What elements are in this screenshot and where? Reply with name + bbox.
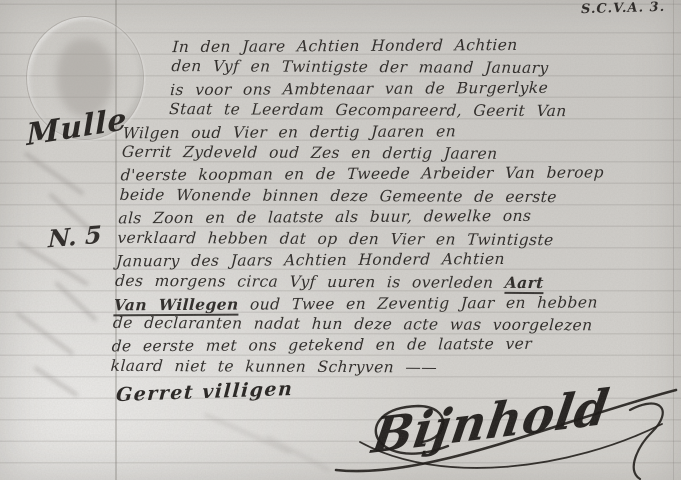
record-line: als Zoon en de laatste als buur, dewelke… [118, 206, 564, 230]
record-text: In den Jaare Achtien Honderd Achtien den… [110, 36, 573, 378]
reference-mark: S.C.V.A. 3. [581, 0, 666, 17]
official-signature: Bijnhold [330, 380, 681, 480]
record-line: klaard niet te kunnen Schryven —— [110, 356, 556, 380]
record-line: d'eerste koopman en de Tweede Arbeider V… [120, 163, 566, 187]
record-line: Gerrit Zydeveld oud Zes en dertig Jaaren [121, 142, 567, 166]
record-line: de eerste met ons getekend en de laatste… [111, 334, 557, 358]
record-line: January des Jaars Achtien Honderd Achtie… [116, 249, 562, 273]
record-line: beide Wonende binnen deze Gemeente de ee… [119, 185, 565, 209]
record-line: verklaard hebben dat op den Vier en Twin… [117, 227, 563, 251]
record-line: Staat te Leerdam Gecompareerd, Geerit Va… [123, 99, 569, 123]
record-line: des morgens circa Vyf uuren is overleden… [115, 270, 561, 294]
record-line: Van Willegen oud Twee en Zeventig Jaar e… [113, 291, 559, 315]
record-line: In den Jaare Achtien Honderd Achtien [127, 35, 573, 59]
margin-act-number: N. 5 [48, 220, 102, 254]
record-line: den Vyf en Twintigste der maand January [126, 56, 572, 80]
record-line: Wilgen oud Vier en dertig Jaaren en [122, 120, 568, 144]
scanned-death-record-page: S.C.V.A. 3. Mulle N. 5 In den Jaare Acht… [0, 0, 681, 480]
record-line: is voor ons Ambtenaar van de Burgerlyke [125, 77, 571, 101]
